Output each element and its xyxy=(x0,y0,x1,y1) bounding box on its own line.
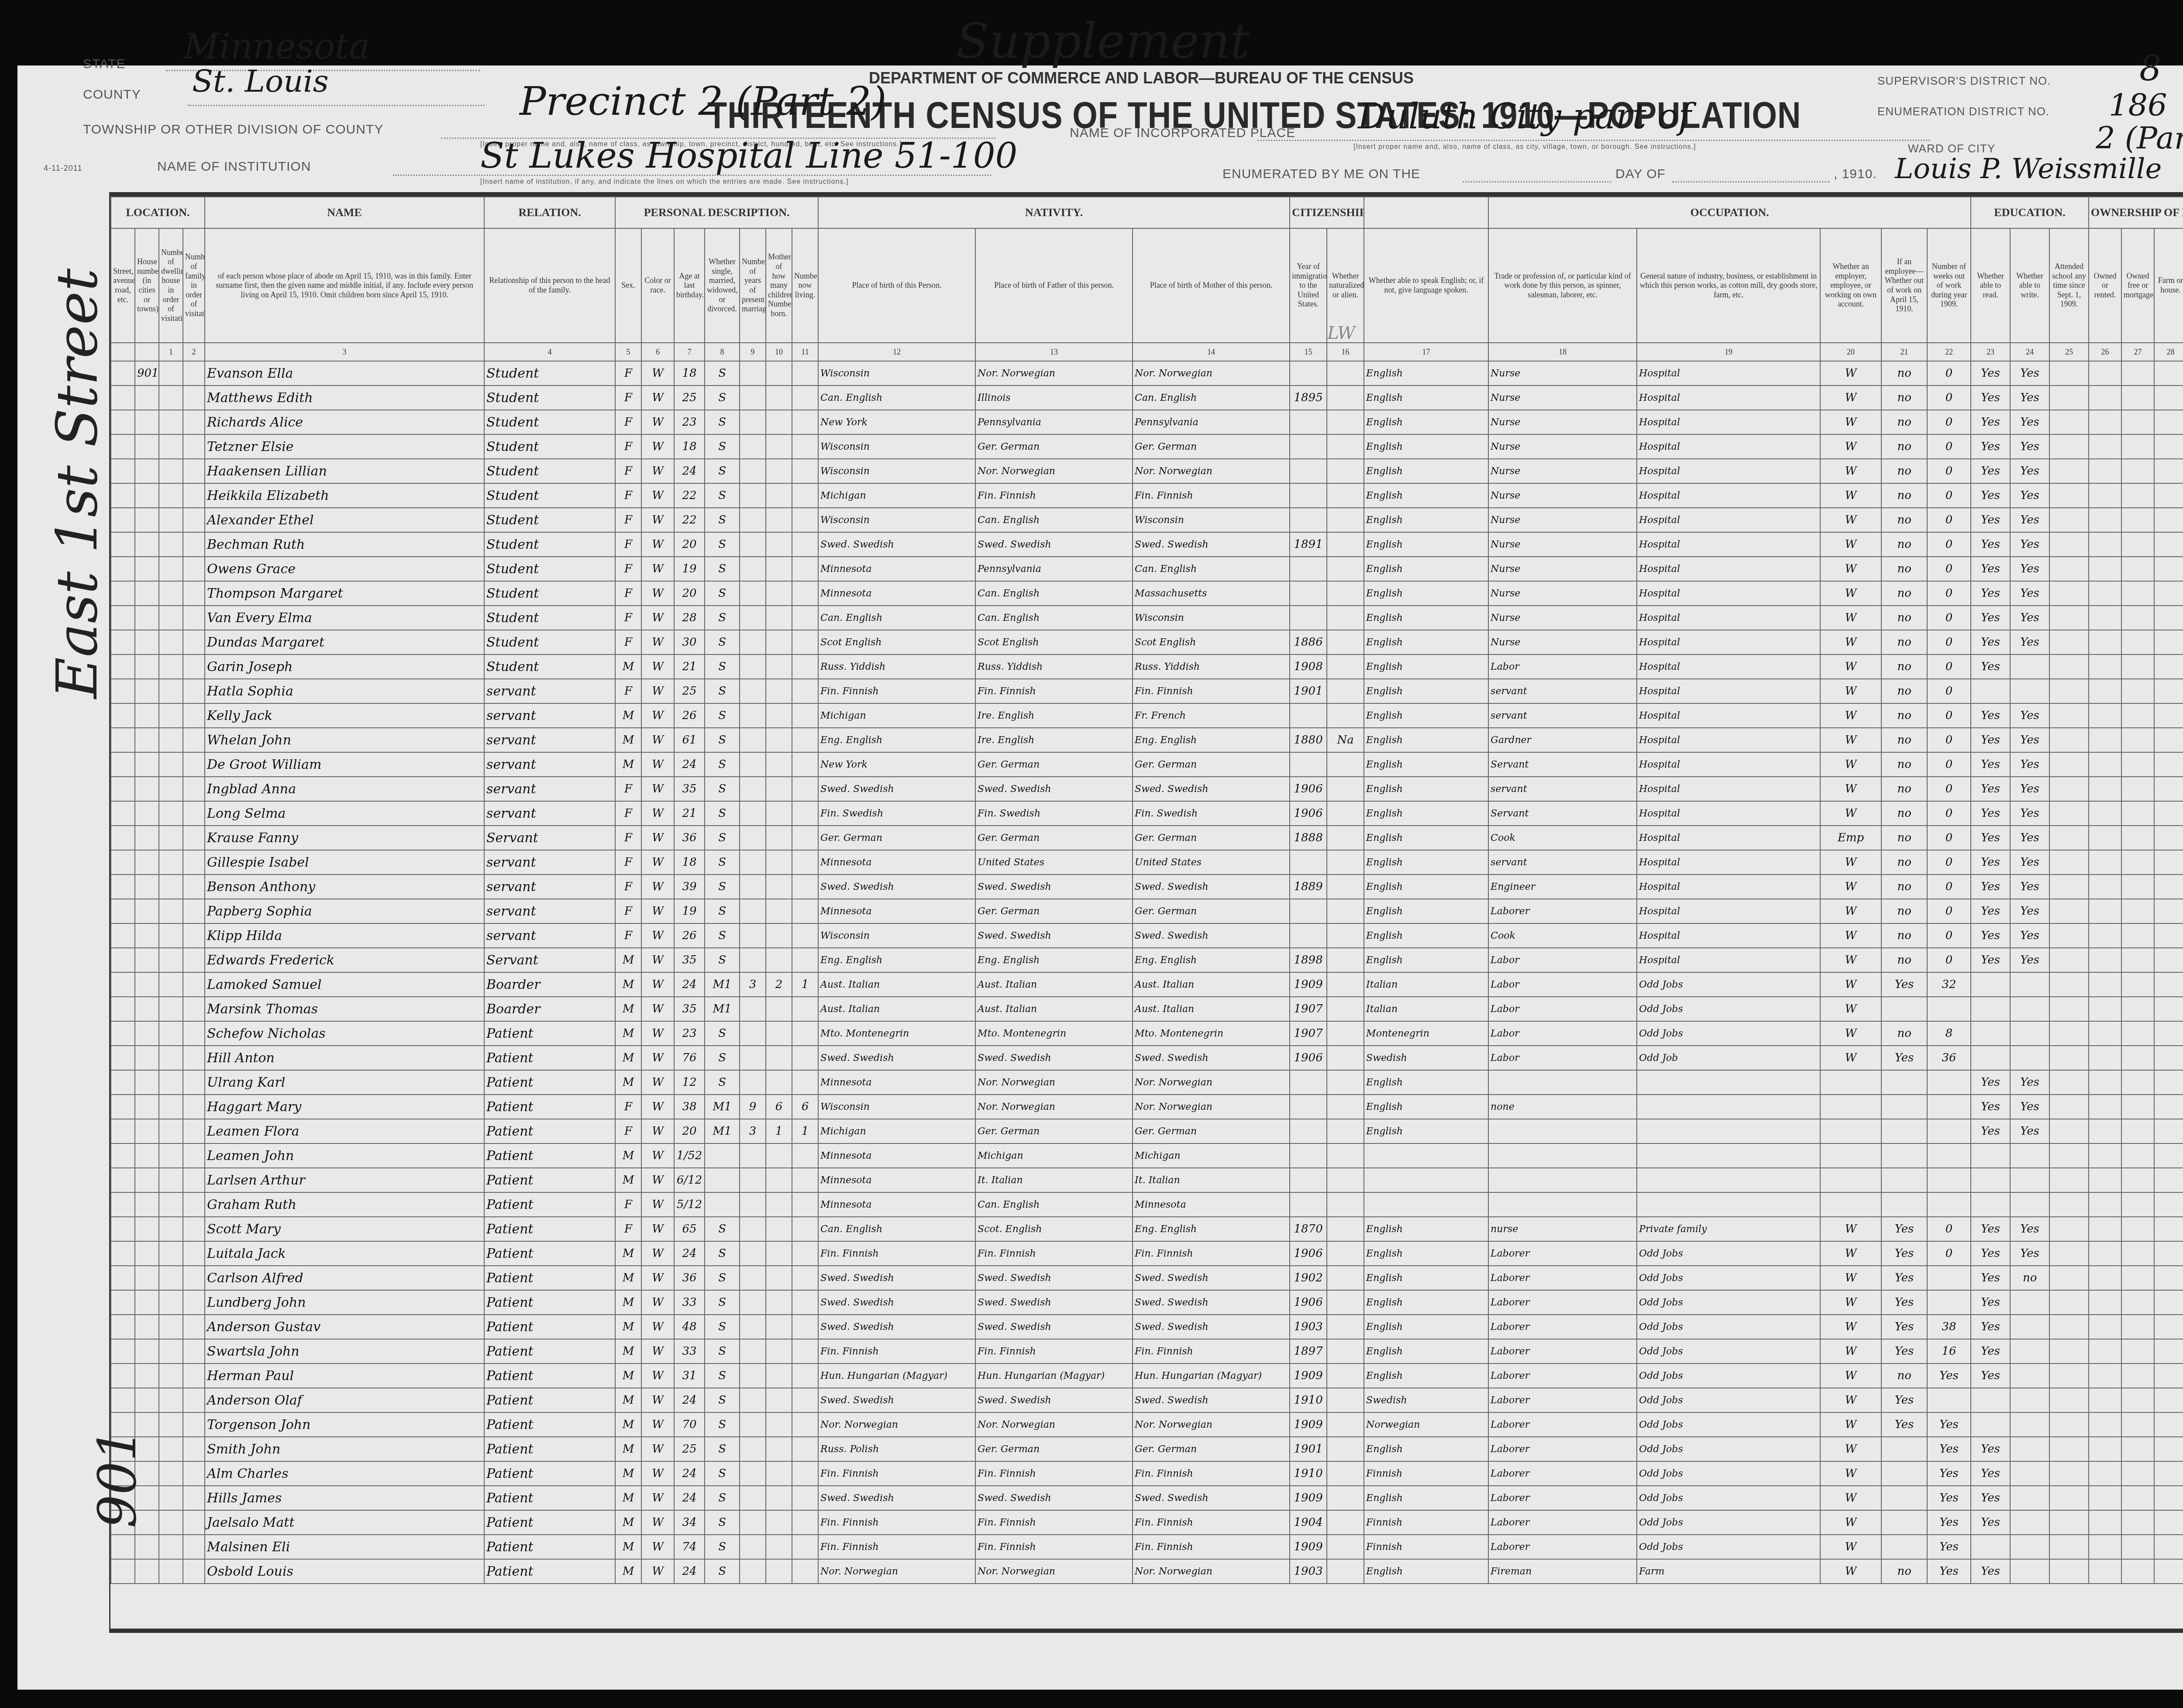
cell-empty xyxy=(183,654,205,679)
enumerated-label: ENUMERATED BY ME ON THE xyxy=(1222,167,1420,182)
cell-empty xyxy=(2089,1046,2121,1070)
cell-yrs: 3 xyxy=(740,1119,766,1143)
cell-immig: 1906 xyxy=(1290,1046,1327,1070)
cell-natur xyxy=(1327,1241,1364,1266)
column-number-3: 2 xyxy=(183,343,205,361)
cell-weeks: 0 xyxy=(1927,850,1971,875)
cell-emp: W xyxy=(1820,410,1881,434)
cell-write: no xyxy=(2010,1266,2049,1290)
cell-color: W xyxy=(641,1095,674,1119)
cell-yrs xyxy=(740,1046,766,1070)
cell-pob-mother: Minnesota xyxy=(1133,1192,1290,1217)
cell-sex: F xyxy=(615,606,641,630)
cell-empty xyxy=(183,1412,205,1437)
cell-pob-mother: Swed. Swedish xyxy=(1133,777,1290,801)
cell-empty xyxy=(2121,801,2154,826)
cell-empty xyxy=(159,630,183,654)
cell-empty xyxy=(2089,972,2121,997)
cell-living xyxy=(792,1046,818,1070)
cell-weeks: Yes xyxy=(1927,1510,1971,1535)
cell-empty xyxy=(159,386,183,410)
cell-pob-mother: Massachusetts xyxy=(1133,581,1290,606)
cell-natur xyxy=(1327,434,1364,459)
cell-immig: 1909 xyxy=(1290,972,1327,997)
cell-age: 30 xyxy=(674,630,705,654)
cell-empty xyxy=(111,1070,135,1095)
cell-read: Yes xyxy=(1971,508,2010,532)
cell-color: W xyxy=(641,1339,674,1364)
cell-empty xyxy=(183,923,205,948)
cell-sex: M xyxy=(615,703,641,728)
cell-age: 20 xyxy=(674,1119,705,1143)
cell-pob-mother: Nor. Norwegian xyxy=(1133,459,1290,483)
cell-pob-father: Ger. German xyxy=(975,899,1133,923)
cell-empty xyxy=(2089,1168,2121,1192)
column-number-28: 27 xyxy=(2121,343,2154,361)
cell-pob-mother: Fr. French xyxy=(1133,703,1290,728)
cell-empty xyxy=(2049,557,2089,581)
cell-emp: W xyxy=(1820,1461,1881,1486)
cell-age: 23 xyxy=(674,410,705,434)
column-number-11: 10 xyxy=(766,343,792,361)
cell-living xyxy=(792,1021,818,1046)
cell-sex: F xyxy=(615,459,641,483)
cell-read xyxy=(1971,1388,2010,1412)
cell-house xyxy=(135,508,159,532)
column-number-0 xyxy=(111,343,135,361)
cell-trade: Engineer xyxy=(1488,875,1637,899)
cell-weeks xyxy=(1927,1388,1971,1412)
cell-industry: Odd Jobs xyxy=(1637,1535,1820,1559)
cell-age: 18 xyxy=(674,361,705,386)
cell-industry: Odd Jobs xyxy=(1637,1290,1820,1315)
column-header-8: Age at last birthday. xyxy=(674,228,705,343)
cell-born xyxy=(766,679,792,703)
cell-empty xyxy=(159,1046,183,1070)
cell-empty xyxy=(183,1070,205,1095)
cell-natur xyxy=(1327,1217,1364,1241)
cell-empty xyxy=(111,581,135,606)
cell-empty xyxy=(183,1266,205,1290)
cell-immig: 1906 xyxy=(1290,1290,1327,1315)
cell-name: Leamen John xyxy=(205,1143,484,1168)
column-header-23: Number of weeks out of work during year … xyxy=(1927,228,1971,343)
cell-age: 24 xyxy=(674,1559,705,1584)
cell-name: Dundas Margaret xyxy=(205,630,484,654)
cell-empty xyxy=(183,1119,205,1143)
cell-empty xyxy=(2049,1070,2089,1095)
cell-empty xyxy=(111,630,135,654)
cell-emp: W xyxy=(1820,1339,1881,1364)
cell-natur xyxy=(1327,1168,1364,1192)
cell-empty xyxy=(2089,1143,2121,1168)
cell-read: Yes xyxy=(1971,410,2010,434)
cell-emp: W xyxy=(1820,728,1881,752)
cell-natur xyxy=(1327,1095,1364,1119)
cell-read xyxy=(1971,1021,2010,1046)
table-row: Carlson AlfredPatientMW36SSwed. SwedishS… xyxy=(111,1266,2183,1290)
cell-empty xyxy=(2089,1021,2121,1046)
cell-natur xyxy=(1327,606,1364,630)
table-row: Anderson OlafPatientMW24SSwed. SwedishSw… xyxy=(111,1388,2183,1412)
cell-pob: Fin. Finnish xyxy=(818,1535,975,1559)
cell-language: English xyxy=(1364,777,1488,801)
cell-marital: S xyxy=(705,1364,740,1388)
cell-immig: 1898 xyxy=(1290,948,1327,972)
cell-empty xyxy=(159,1486,183,1510)
cell-empty xyxy=(2089,1315,2121,1339)
cell-trade: Laborer xyxy=(1488,1510,1637,1535)
cell-weeks: 0 xyxy=(1927,557,1971,581)
cell-read xyxy=(1971,997,2010,1021)
cell-trade: Nurse xyxy=(1488,508,1637,532)
cell-empty xyxy=(2121,630,2154,654)
column-number-7: 6 xyxy=(641,343,674,361)
cell-pob: Eng. English xyxy=(818,948,975,972)
cell-out: no xyxy=(1881,532,1927,557)
cell-pob-mother: Ger. German xyxy=(1133,1437,1290,1461)
cell-out: Yes xyxy=(1881,1290,1927,1315)
cell-language: Swedish xyxy=(1364,1388,1488,1412)
cell-immig: 1901 xyxy=(1290,1437,1327,1461)
cell-empty xyxy=(2121,459,2154,483)
cell-empty xyxy=(2121,386,2154,410)
cell-read: Yes xyxy=(1971,1339,2010,1364)
cell-empty xyxy=(2154,1021,2183,1046)
incorporated-place-value: Duluth City part of xyxy=(1358,96,1691,137)
cell-natur xyxy=(1327,752,1364,777)
cell-empty xyxy=(183,1046,205,1070)
cell-house xyxy=(135,899,159,923)
cell-read xyxy=(1971,1412,2010,1437)
cell-empty xyxy=(111,679,135,703)
cell-empty xyxy=(183,1559,205,1584)
cell-industry: Hospital xyxy=(1637,801,1820,826)
cell-natur xyxy=(1327,1559,1364,1584)
cell-weeks: 0 xyxy=(1927,386,1971,410)
cell-out: no xyxy=(1881,459,1927,483)
cell-color: W xyxy=(641,459,674,483)
column-number-21: 20 xyxy=(1820,343,1881,361)
cell-empty xyxy=(2154,581,2183,606)
cell-weeks: 0 xyxy=(1927,948,1971,972)
cell-marital: S xyxy=(705,1510,740,1535)
cell-industry: Odd Jobs xyxy=(1637,1315,1820,1339)
cell-sex: M xyxy=(615,1437,641,1461)
cell-relation: Patient xyxy=(484,1388,615,1412)
cell-color: W xyxy=(641,1315,674,1339)
cell-pob: Russ. Yiddish xyxy=(818,654,975,679)
cell-age: 35 xyxy=(674,948,705,972)
cell-pob-mother: Swed. Swedish xyxy=(1133,532,1290,557)
cell-name: Edwards Frederick xyxy=(205,948,484,972)
cell-natur xyxy=(1327,923,1364,948)
cell-immig xyxy=(1290,557,1327,581)
cell-immig: 1895 xyxy=(1290,386,1327,410)
cell-empty xyxy=(2089,875,2121,899)
cell-empty xyxy=(183,459,205,483)
cell-pob-father: Swed. Swedish xyxy=(975,532,1133,557)
cell-empty xyxy=(159,1119,183,1143)
cell-color: W xyxy=(641,1217,674,1241)
column-number-26: 25 xyxy=(2049,343,2089,361)
cell-color: W xyxy=(641,557,674,581)
cell-empty xyxy=(2089,557,2121,581)
cell-relation: servant xyxy=(484,801,615,826)
cell-empty xyxy=(159,997,183,1021)
cell-marital: S xyxy=(705,1461,740,1486)
cell-empty xyxy=(111,1339,135,1364)
cell-empty xyxy=(159,826,183,850)
cell-trade xyxy=(1488,1119,1637,1143)
cell-pob-mother: Fin. Swedish xyxy=(1133,801,1290,826)
cell-empty xyxy=(2121,1266,2154,1290)
cell-empty xyxy=(2049,1437,2089,1461)
cell-emp: W xyxy=(1820,361,1881,386)
cell-empty xyxy=(2049,434,2089,459)
cell-relation: Patient xyxy=(484,1192,615,1217)
cell-immig xyxy=(1290,752,1327,777)
cell-empty xyxy=(2154,752,2183,777)
cell-weeks: Yes xyxy=(1927,1486,1971,1510)
cell-marital: S xyxy=(705,1486,740,1510)
cell-empty xyxy=(183,386,205,410)
cell-marital: S xyxy=(705,361,740,386)
column-number-2: 1 xyxy=(159,343,183,361)
cell-house xyxy=(135,1143,159,1168)
cell-name: Kelly Jack xyxy=(205,703,484,728)
cell-born xyxy=(766,1364,792,1388)
cell-industry: Hospital xyxy=(1637,923,1820,948)
cell-name: Matthews Edith xyxy=(205,386,484,410)
cell-age: 21 xyxy=(674,654,705,679)
cell-empty xyxy=(159,1339,183,1364)
cell-age: 24 xyxy=(674,1486,705,1510)
census-rows: 901Evanson EllaStudentFW18SWisconsinNor.… xyxy=(111,361,2183,1584)
cell-natur xyxy=(1327,483,1364,508)
column-number-23: 22 xyxy=(1927,343,1971,361)
cell-empty xyxy=(2121,1339,2154,1364)
cell-trade: Labor xyxy=(1488,997,1637,1021)
cell-immig xyxy=(1290,508,1327,532)
cell-empty xyxy=(2154,654,2183,679)
cell-pob: Fin. Finnish xyxy=(818,1241,975,1266)
cell-out xyxy=(1881,1070,1927,1095)
cell-living xyxy=(792,1388,818,1412)
cell-weeks: Yes xyxy=(1927,1412,1971,1437)
cell-house xyxy=(135,1192,159,1217)
cell-pob-father: Swed. Swedish xyxy=(975,1315,1133,1339)
cell-pob-mother: Pennsylvania xyxy=(1133,410,1290,434)
cell-empty xyxy=(111,948,135,972)
cell-industry: Hospital xyxy=(1637,630,1820,654)
cell-empty xyxy=(2049,1095,2089,1119)
table-row: Malsinen EliPatientMW74SFin. FinnishFin.… xyxy=(111,1535,2183,1559)
cell-read xyxy=(1971,1143,2010,1168)
cell-industry: Odd Jobs xyxy=(1637,1388,1820,1412)
cell-name: Hill Anton xyxy=(205,1046,484,1070)
cell-immig: 1903 xyxy=(1290,1559,1327,1584)
column-number-17: 16 xyxy=(1327,343,1364,361)
cell-out xyxy=(1881,997,1927,1021)
cell-yrs xyxy=(740,1070,766,1095)
cell-marital: S xyxy=(705,923,740,948)
cell-marital: S xyxy=(705,1559,740,1584)
cell-empty xyxy=(2049,777,2089,801)
cell-empty xyxy=(2121,1559,2154,1584)
cell-empty xyxy=(183,1315,205,1339)
cell-pob-father: United States xyxy=(975,850,1133,875)
cell-empty xyxy=(159,1412,183,1437)
cell-read: Yes xyxy=(1971,1461,2010,1486)
cell-born xyxy=(766,1143,792,1168)
cell-trade: Laborer xyxy=(1488,1290,1637,1315)
cell-write xyxy=(2010,1437,2049,1461)
cell-pob: Wisconsin xyxy=(818,434,975,459)
cell-write: Yes xyxy=(2010,801,2049,826)
cell-age: 24 xyxy=(674,1388,705,1412)
cell-relation: Servant xyxy=(484,948,615,972)
cell-out xyxy=(1881,1486,1927,1510)
cell-write: Yes xyxy=(2010,728,2049,752)
cell-industry: Hospital xyxy=(1637,899,1820,923)
cell-pob: Swed. Swedish xyxy=(818,1266,975,1290)
cell-empty xyxy=(2049,875,2089,899)
cell-empty xyxy=(2154,1535,2183,1559)
cell-write xyxy=(2010,1046,2049,1070)
cell-immig: 1901 xyxy=(1290,679,1327,703)
cell-weeks: 0 xyxy=(1927,508,1971,532)
cell-empty xyxy=(111,777,135,801)
cell-emp: W xyxy=(1820,581,1881,606)
column-header-7: Color or race. xyxy=(641,228,674,343)
cell-empty xyxy=(2121,606,2154,630)
cell-write: Yes xyxy=(2010,1070,2049,1095)
cell-color: W xyxy=(641,1437,674,1461)
cell-sex: F xyxy=(615,410,641,434)
cell-age: 34 xyxy=(674,1510,705,1535)
cell-immig: 1870 xyxy=(1290,1217,1327,1241)
cell-sex: M xyxy=(615,997,641,1021)
cell-house xyxy=(135,1388,159,1412)
cell-empty xyxy=(159,1266,183,1290)
cell-weeks xyxy=(1927,997,1971,1021)
cell-living xyxy=(792,1290,818,1315)
cell-age: 31 xyxy=(674,1364,705,1388)
table-row: Garin JosephStudentMW21SRuss. YiddishRus… xyxy=(111,654,2183,679)
cell-yrs xyxy=(740,1535,766,1559)
cell-marital: S xyxy=(705,434,740,459)
cell-empty xyxy=(2154,728,2183,752)
cell-house xyxy=(135,1266,159,1290)
cell-immig xyxy=(1290,410,1327,434)
cell-empty xyxy=(2121,1070,2154,1095)
cell-language: English xyxy=(1364,1364,1488,1388)
cell-emp: W xyxy=(1820,948,1881,972)
column-number-18: 17 xyxy=(1364,343,1488,361)
cell-born xyxy=(766,997,792,1021)
cell-born xyxy=(766,654,792,679)
cell-natur xyxy=(1327,532,1364,557)
cell-empty xyxy=(159,606,183,630)
cell-living: 1 xyxy=(792,972,818,997)
cell-born xyxy=(766,361,792,386)
cell-color: W xyxy=(641,752,674,777)
cell-empty xyxy=(183,997,205,1021)
cell-pob: Minnesota xyxy=(818,1168,975,1192)
cell-born: 2 xyxy=(766,972,792,997)
cell-language: English xyxy=(1364,1241,1488,1266)
cell-marital: S xyxy=(705,1070,740,1095)
column-header-24: Whether able to read. xyxy=(1971,228,2010,343)
cell-empty xyxy=(2089,1095,2121,1119)
cell-industry: Odd Jobs xyxy=(1637,972,1820,997)
cell-out: no xyxy=(1881,410,1927,434)
cell-trade: nurse xyxy=(1488,1217,1637,1241)
cell-empty xyxy=(2089,1412,2121,1437)
cell-name: Van Every Elma xyxy=(205,606,484,630)
cell-empty xyxy=(183,826,205,850)
cell-empty xyxy=(2154,1266,2183,1290)
cell-read: Yes xyxy=(1971,801,2010,826)
table-row: Alm CharlesPatientMW24SFin. FinnishFin. … xyxy=(111,1461,2183,1486)
cell-living xyxy=(792,1241,818,1266)
cell-age: 24 xyxy=(674,752,705,777)
cell-relation: Patient xyxy=(484,1364,615,1388)
cell-yrs xyxy=(740,434,766,459)
cell-empty xyxy=(159,1315,183,1339)
column-header-5: Relationship of this person to the head … xyxy=(484,228,615,343)
cell-pob-father: Can. English xyxy=(975,606,1133,630)
cell-empty xyxy=(2121,1168,2154,1192)
cell-empty xyxy=(2154,875,2183,899)
column-header-11: Mother of how many children. Number born… xyxy=(766,228,792,343)
cell-born xyxy=(766,1290,792,1315)
cell-empty xyxy=(2089,899,2121,923)
cell-empty xyxy=(111,1192,135,1217)
cell-relation: Student xyxy=(484,361,615,386)
cell-immig: 1886 xyxy=(1290,630,1327,654)
cell-empty xyxy=(111,459,135,483)
cell-sex: F xyxy=(615,386,641,410)
cell-empty xyxy=(111,728,135,752)
cell-language: English xyxy=(1364,728,1488,752)
cell-pob-mother: Can. English xyxy=(1133,557,1290,581)
cell-industry: Hospital xyxy=(1637,752,1820,777)
cell-pob-father: Fin. Finnish xyxy=(975,1461,1133,1486)
cell-language: Swedish xyxy=(1364,1046,1488,1070)
cell-empty xyxy=(2089,1510,2121,1535)
cell-pob-father: Pennsylvania xyxy=(975,410,1133,434)
cell-read: Yes xyxy=(1971,1315,2010,1339)
cell-color: W xyxy=(641,434,674,459)
cell-weeks: 0 xyxy=(1927,923,1971,948)
cell-empty xyxy=(2049,728,2089,752)
cell-yrs xyxy=(740,1192,766,1217)
incorporated-place-label: NAME OF INCORPORATED PLACE xyxy=(1070,126,1295,141)
cell-empty xyxy=(2089,850,2121,875)
cell-emp: W xyxy=(1820,777,1881,801)
cell-empty xyxy=(2121,752,2154,777)
column-header-15: Place of birth of Mother of this person. xyxy=(1133,228,1290,343)
column-number-10: 9 xyxy=(740,343,766,361)
cell-empty xyxy=(183,875,205,899)
cell-out: no xyxy=(1881,801,1927,826)
cell-yrs xyxy=(740,948,766,972)
cell-read: Yes xyxy=(1971,948,2010,972)
cell-empty xyxy=(159,972,183,997)
cell-yrs xyxy=(740,459,766,483)
